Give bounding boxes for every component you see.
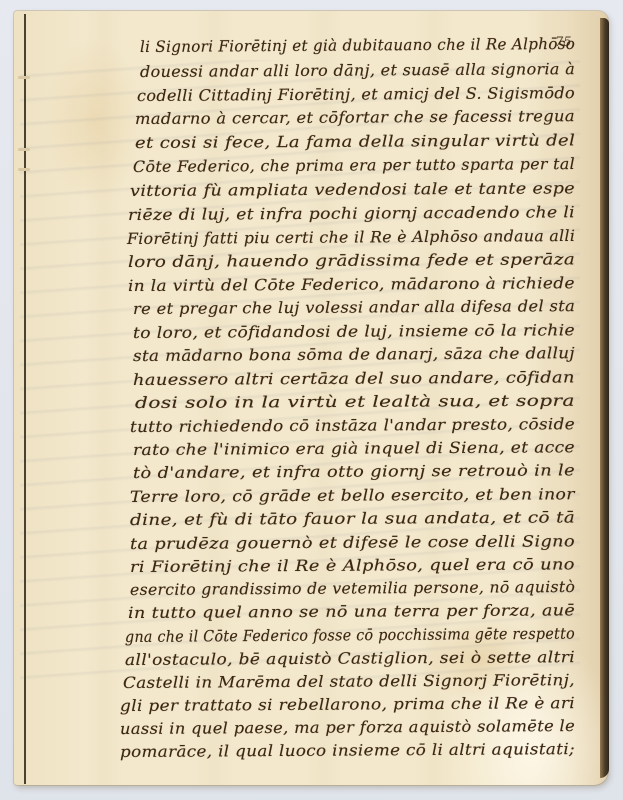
manuscript-line: madarno à cercar, et cōfortar che se fac…: [135, 107, 575, 128]
manuscript-line: re et pregar che luj volessi andar alla …: [133, 297, 575, 318]
manuscript-line: Castelli in Marēma del stato delli Signo…: [123, 671, 575, 692]
manuscript-line: riēze di luj, et infra pochi giornj acca…: [128, 203, 575, 224]
manuscript-line: sta mādarno bona sōma de danarj, sāza ch…: [133, 344, 575, 365]
manuscript-line: tutto richiedendo cō instāza l'andar pre…: [130, 415, 575, 436]
manuscript-line: Fiorētinj fatti piu certi che il Re è Al…: [127, 227, 575, 248]
manuscript-line: codelli Cittadinj Fiorētinj, et amicj de…: [137, 84, 575, 105]
manuscript-line: all'ostaculo, bē aquistò Castiglion, sei…: [125, 648, 575, 669]
manuscript-line: gli per trattato si rebellarono, prima c…: [120, 694, 575, 715]
manuscript-line: vittoria fù ampliata vedendosi tale et t…: [130, 179, 575, 200]
manuscript-line: douessi andar alli loro dānj, et suasē a…: [140, 60, 575, 81]
manuscript-line: loro dānj, hauendo grādissima fede et sp…: [128, 250, 575, 271]
manuscript-line: in la virtù del Cōte Federico, mādarono …: [128, 274, 575, 295]
manuscript-line: et cosi si fece, La fama della singular …: [135, 131, 575, 152]
manuscript-line: ta prudēza gouernò et difesē le cose del…: [130, 532, 575, 553]
manuscript-line: to loro, et cōfidandosi de luj, insieme …: [133, 321, 575, 342]
manuscript-line: dine, et fù di tāto fauor la sua andata,…: [130, 508, 575, 529]
manuscript-line: hauessero altri certāza del suo andare, …: [133, 368, 575, 389]
manuscript-scan: 75 li Signori Fiorētinj et già dubitauan…: [0, 0, 623, 800]
manuscript-line: tò d'andare, et infra otto giornj se ret…: [133, 461, 575, 482]
manuscript-line: uassi in quel paese, ma per forza aquist…: [120, 717, 575, 738]
manuscript-line: li Signori Fiorētinj et già dubitauano c…: [140, 35, 575, 56]
manuscript-text: li Signori Fiorētinj et già dubitauano c…: [0, 0, 623, 800]
manuscript-line: rato che l'inimico era già inquel di Sie…: [133, 438, 575, 459]
manuscript-line: gna che il Cōte Federico fosse cō pocchi…: [125, 625, 575, 646]
manuscript-line: esercito grandissimo de vetemilia person…: [130, 578, 575, 599]
manuscript-line: ri Fiorētinj che il Re è Alphōso, quel e…: [130, 555, 575, 576]
manuscript-line: dosi solo in la virtù et lealtà sua, et …: [135, 392, 575, 412]
manuscript-line: in tutto quel anno se nō una terra per f…: [128, 601, 575, 622]
manuscript-line: Cōte Federico, che prima era per tutto s…: [133, 155, 575, 176]
manuscript-line: Terre loro, cō grāde et bello esercito, …: [130, 485, 575, 506]
manuscript-line: pomarāce, il qual luoco insieme cō li al…: [120, 740, 575, 761]
